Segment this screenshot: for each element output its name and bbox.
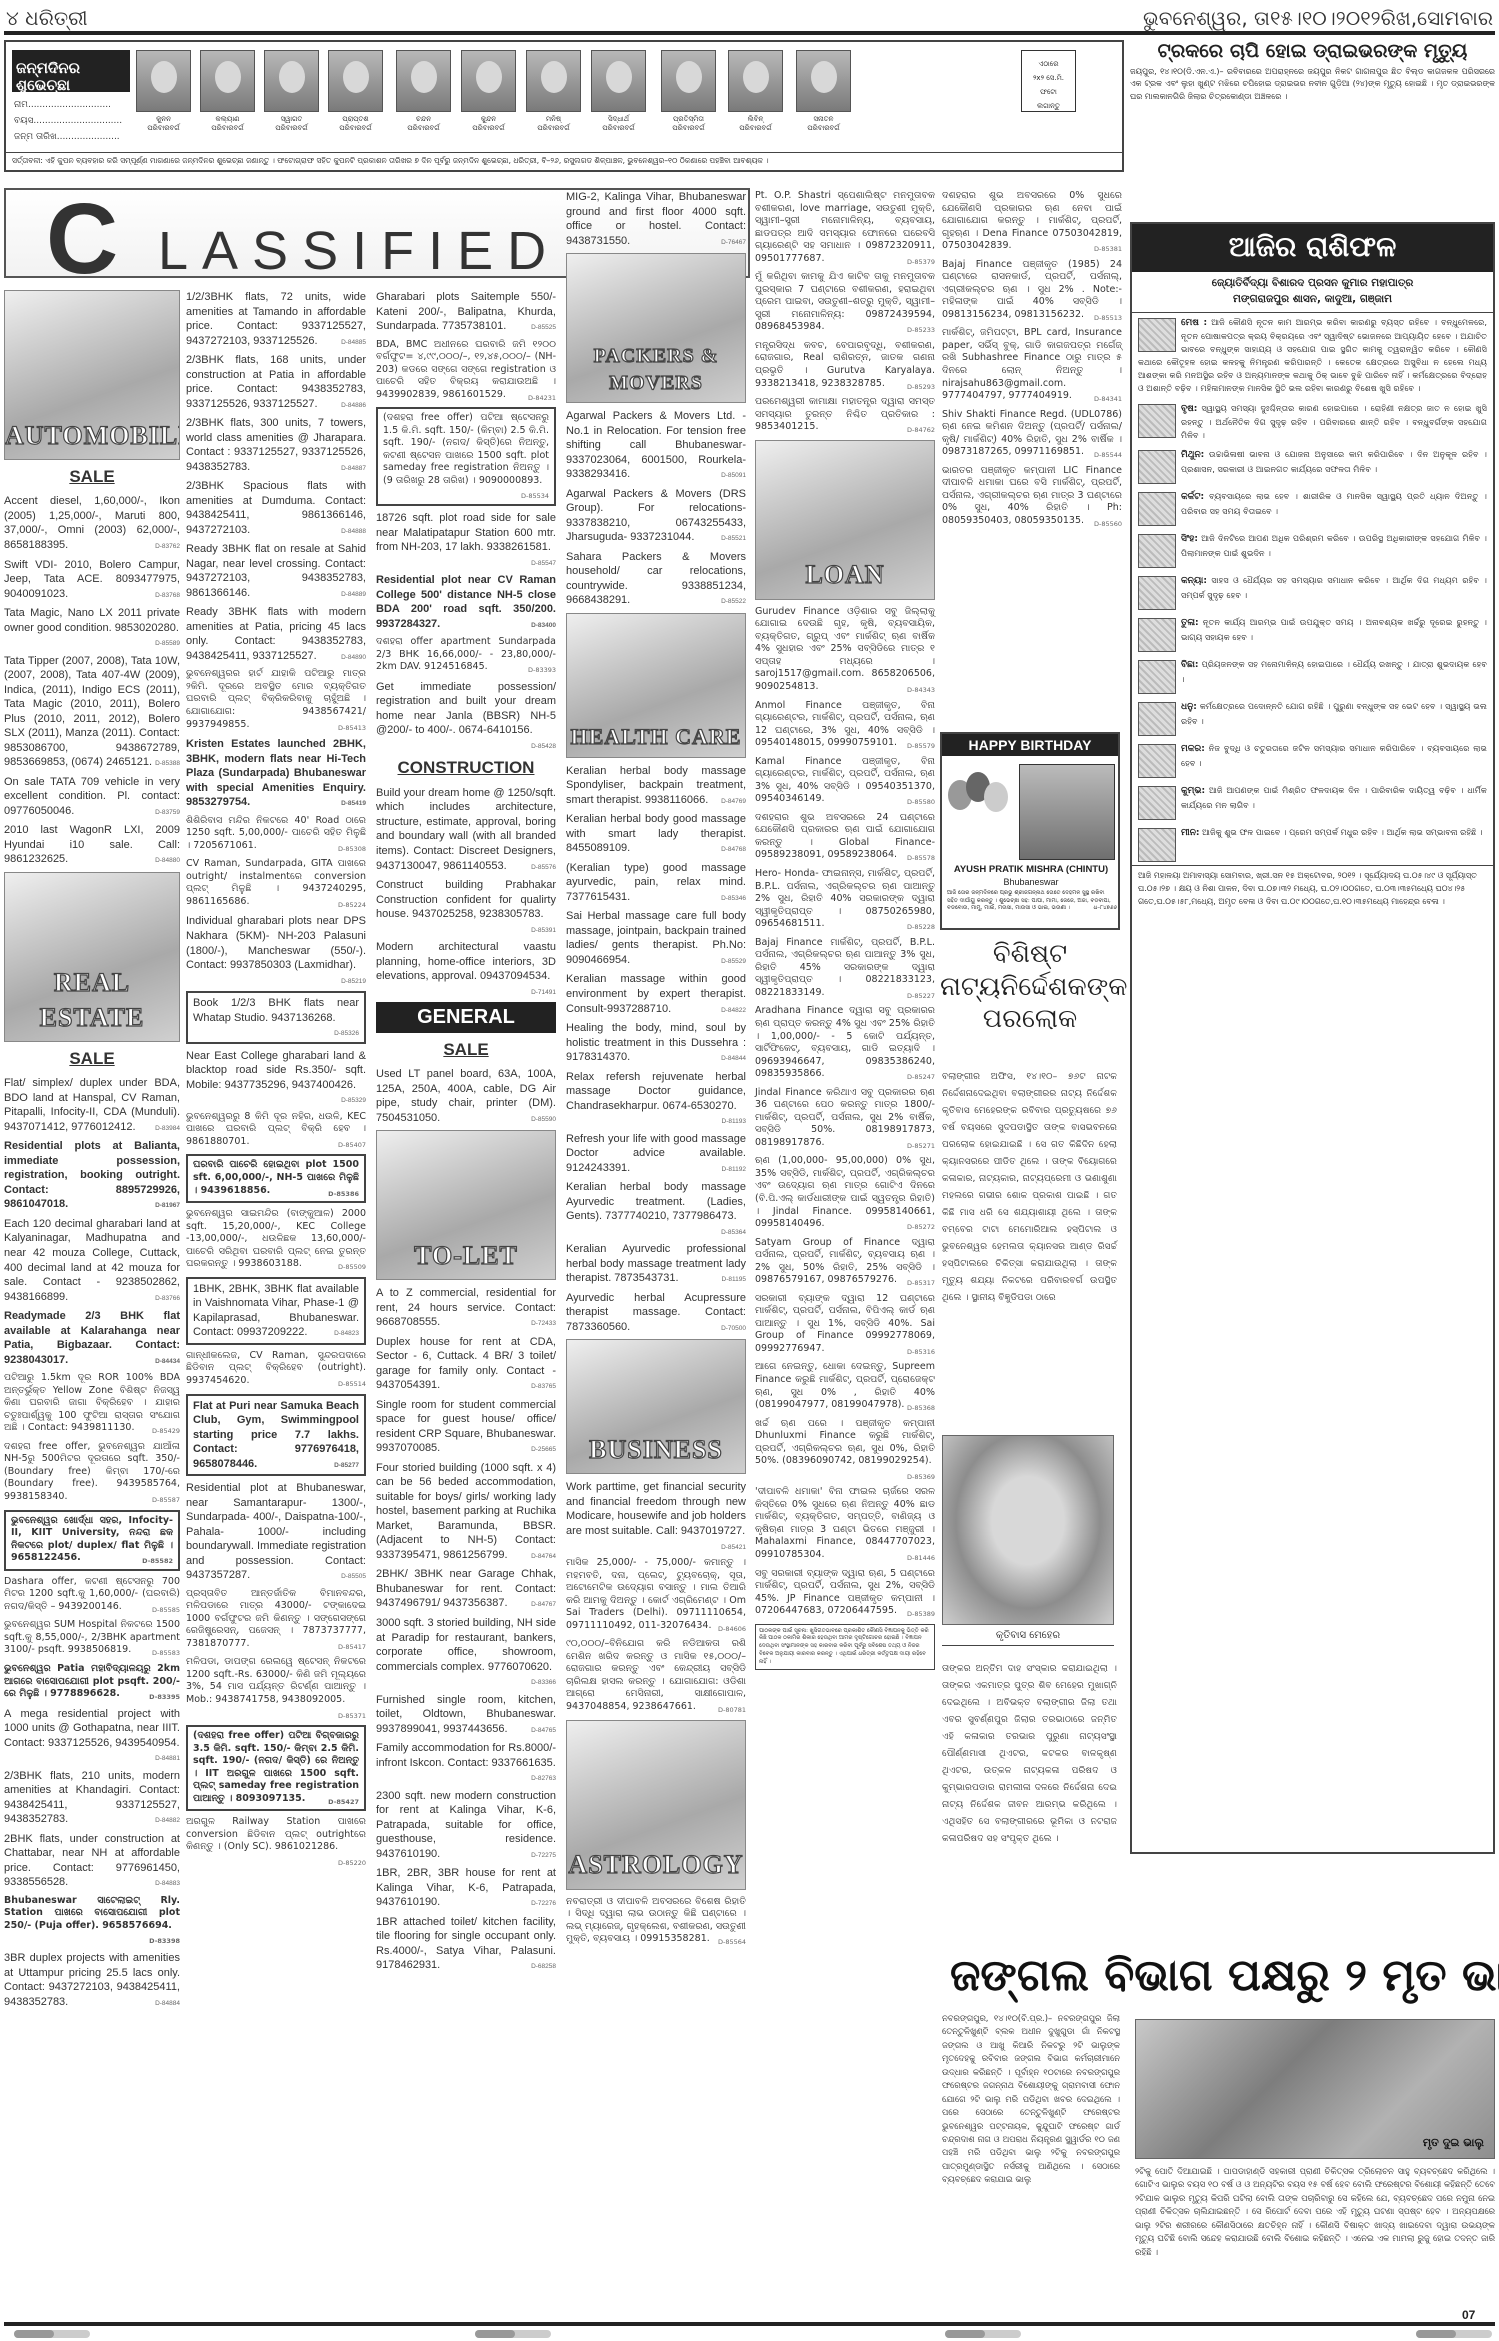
classified-ad: Accent diesel, 1,60,000/-, Ikon (2005) 1… bbox=[4, 494, 180, 552]
ad-code: D-85587 bbox=[152, 1496, 180, 1505]
classified-ad: Work parttime, get financial security an… bbox=[566, 1480, 746, 1552]
classified-ad: ପ୍ରସ୍ତାବିତ ଆନ୍ତର୍ଜାତିକ ବିମାନବନ୍ଦର, ମଳିପଡ… bbox=[186, 1588, 366, 1652]
ad-text: Near East College gharabari land & black… bbox=[186, 1050, 366, 1091]
ad-text: (ଦଶହରା free offer) ପଟିଆ ଷ୍ଟେସନରୁ 1.5 କି.… bbox=[383, 412, 549, 486]
classified-ad: ଭୁବନେଶ୍ୱର Patia ମହାବିଦ୍ୟାଳୟରୁ 2km ଆଗରେ ବ… bbox=[4, 1663, 180, 1702]
ad-code: D-85576 bbox=[531, 864, 556, 873]
ad-text: Anmol Finance ପଞ୍ଜୀକୃତ, ବିନା ଗ୍ୟାରେଣ୍ଟର,… bbox=[755, 700, 935, 749]
ad-code: D-85389 bbox=[907, 1610, 935, 1619]
ad-code: D-85579 bbox=[907, 742, 935, 751]
ad-text: 1BR attached toilet/ kitchen facility, t… bbox=[376, 1916, 556, 1972]
obituary-body-1: ବଲାଙ୍ଗୀର ଅଫିସ, ୧୪।୧୦– ୭୬ଟ ନାଟକ ନିର୍ଦ୍ଦେଶ… bbox=[942, 1068, 1117, 1306]
classified-ad: Flat at Puri near Samuka Beach Club, Gym… bbox=[186, 1394, 366, 1477]
ad-text: A mega residential project with 1000 uni… bbox=[4, 1708, 180, 1749]
kid-name: କଲ୍ୟାଣପରିବାରବର୍ଗ bbox=[200, 115, 255, 133]
ad-text: 2/3BHK flats, 210 units, modern amenitie… bbox=[4, 1770, 180, 1826]
ad-code: D-84343 bbox=[907, 686, 935, 695]
astrology-label: ASTROLOGY bbox=[567, 1848, 745, 1882]
ad-code: D-85578 bbox=[907, 854, 935, 863]
classified-ad: (ଦଶହରା free offer) ପଟିଆ ଷ୍ଟେସନରୁ 1.5 କି.… bbox=[376, 407, 556, 506]
ad-code: D-81446 bbox=[907, 1554, 935, 1563]
classified-ad: Swift VDI- 2010, Bolero Campur, Jeep, Ta… bbox=[4, 558, 180, 602]
kid-photo bbox=[526, 50, 581, 112]
classified-ad: Build your dream home @ 1250/sqft. which… bbox=[376, 786, 556, 873]
ad-code: D-84434 bbox=[155, 1358, 180, 1367]
classified-ad: 2BHK/ 3BHK near Garage Chhak, Bhubaneswa… bbox=[376, 1567, 556, 1611]
ad-code: D-85228 bbox=[907, 923, 935, 932]
ad-text: ଅରଗୁଳ Railway Station ପାଖରେ conversion ଛ… bbox=[186, 1816, 366, 1852]
ad-code: D-85428 bbox=[531, 743, 556, 752]
obituary-photo bbox=[942, 1435, 1114, 1625]
sale-heading-2: SALE bbox=[4, 1048, 180, 1070]
scroll-indicator-4[interactable] bbox=[1416, 2330, 1492, 2338]
ad-text: Ayurvedic herbal Acupressure therapist m… bbox=[566, 1292, 746, 1333]
ad-code: D-85233 bbox=[907, 326, 935, 335]
classified-ad: Flat/ simplex/ duplex under BDA, BDO lan… bbox=[4, 1076, 180, 1134]
ad-code: D-84881 bbox=[155, 1755, 180, 1764]
classified-ad: ମାସିକ 25,000/- - 75,000/- କମାନ୍ତୁ । ମହମବ… bbox=[566, 1557, 746, 1633]
ad-code: D-84884 bbox=[155, 2000, 180, 2009]
ad-text: Residential plot near CV Raman College 5… bbox=[376, 574, 556, 630]
ad-text: Build your dream home @ 1250/sqft. which… bbox=[376, 787, 556, 872]
ad-text: Tata Magic, Nano LX 2011 private owner g… bbox=[4, 607, 180, 634]
ad-text: Agarwal Packers & Movers Ltd. - No.1 in … bbox=[566, 410, 746, 480]
bear-news-body-1: ନବରଙ୍ଗପୁର, ୧୪।୧୦(ବି.ପ୍ର.)– ନବରଙ୍ଗପୁର ଜିଲ… bbox=[942, 2012, 1120, 2187]
ad-code: D-83759 bbox=[155, 809, 180, 818]
birthday-kid: କଲ୍ୟାଣପରିବାରବର୍ଗ bbox=[200, 50, 255, 133]
classified-ad: 3BR duplex projects with amenities at Ut… bbox=[4, 1951, 180, 2009]
ad-text: Single room for student commercial space… bbox=[376, 1399, 556, 1455]
sign-name: ମେଷ : bbox=[1181, 318, 1207, 328]
ad-text: ସବୁ ସରକାରୀ ବ୍ୟାଙ୍କ ଦ୍ୱାରା ଋଣ, 5 ଘଣ୍ଟାରେ … bbox=[755, 1568, 935, 1617]
ad-code: D-84341 bbox=[1094, 395, 1122, 404]
ad-code: D-85544 bbox=[1094, 451, 1122, 460]
ad-text: Flat at Puri near Samuka Beach Club, Gym… bbox=[193, 1400, 359, 1470]
ad-text: ମାସିକ 25,000/- - 75,000/- କମାନ୍ତୁ । ମହମବ… bbox=[566, 1557, 746, 1631]
sign-text: କର୍ମକ୍ଷେତ୍ରରେ ପଦୋନ୍ନତି ଯୋଗ ରହିଛି । ପୁରୁଣ… bbox=[1181, 701, 1487, 725]
ad-text: Agarwal Packers & Movers (DRS Group). Fo… bbox=[566, 488, 746, 544]
ad-code: D-84889 bbox=[341, 591, 366, 600]
classified-ad: Anmol Finance ପଞ୍ଜୀକୃତ, ବିନା ଗ୍ୟାରେଣ୍ଟର,… bbox=[755, 700, 935, 751]
ad-code: D-84886 bbox=[341, 402, 366, 411]
classified-ad: Residential plot at Bhubaneswar, near Sa… bbox=[186, 1481, 366, 1583]
ad-text: ସରକାରୀ ବ୍ୟାଙ୍କ ଦ୍ୱାରା 12 ଘଣ୍ଟାରେ ମାର୍କଶି… bbox=[755, 1293, 935, 1354]
classified-ad: Kristen Estates launched 2BHK, 3BHK, mod… bbox=[186, 737, 366, 810]
ad-text: 2010 last WagonR LXI, 2009 Hyundai i10 s… bbox=[4, 824, 180, 865]
birthday-message: ଆଜି ତୋର ଜନ୍ମଦିନରେ ପ୍ରଭୁ ଶ୍ରୀଜଗନ୍ନାଥ ତୋତେ… bbox=[947, 890, 1117, 913]
ad-text: (Keralian type) good massage ayurvedic, … bbox=[566, 862, 746, 903]
zodiac-icon bbox=[1138, 744, 1176, 778]
column-2: 1/2/3BHK flats, 72 units, wide amenities… bbox=[186, 290, 366, 1873]
classified-ad: Readymade 2/3 BHK flat available at Kala… bbox=[4, 1309, 180, 1367]
classified-ad: ଦଶହରା free offer, ଭୁବନେଶ୍ୱର ଯାଆଁଳା NH-5ର… bbox=[4, 1441, 180, 1505]
kid-name: ସନାତନପରିବାରବର୍ଗ bbox=[796, 115, 851, 133]
horoscope-sign: ସିଂହ: ଆଜି ଦିନଟିରେ ଆପଣ ଅଧିକ ପରିଶ୍ରମ କରିବେ… bbox=[1132, 529, 1493, 571]
sale-heading-3: SALE bbox=[376, 1039, 556, 1061]
ad-text: Individual gharabari plots near DPS Nakh… bbox=[186, 915, 366, 971]
ad-text: Sai Herbal massage care full body massag… bbox=[566, 910, 746, 966]
classified-ad: CV Raman, Sundarpada, GITA ପାଖରେ outrigh… bbox=[186, 858, 366, 909]
sign-name: କନ୍ୟା: bbox=[1181, 576, 1207, 586]
obituary-body-2: ତାଙ୍କର ଅନ୍ତିମ ଦାହ ସଂସ୍କାର କରାଯାଇଥିଲା । ତ… bbox=[942, 1660, 1117, 1847]
to-let-label: TO-LET bbox=[377, 1239, 555, 1273]
ad-code: D-83984 bbox=[155, 1125, 180, 1134]
ad-code: D-83393 bbox=[528, 666, 556, 675]
kid-name: ଚନ୍ଦନପରିବାରବର୍ଗ bbox=[396, 115, 451, 133]
classified-ad: ଭୁବନେଶ୍ୱରରୁ 8 କିମି ଦୂର ନହିର, ଧଉଳି, KEC ପ… bbox=[186, 1111, 366, 1150]
classified-ad: Sahara Packers & Movers household/ car r… bbox=[566, 550, 746, 608]
sign-text: ଆଜିକୁ ଶୁଭ ଫଳ ପାଇବେ । ପ୍ରେମ ସମ୍ପର୍କ ମଧୁର … bbox=[1202, 827, 1482, 837]
birthday-kid: ସ୍ୱାଗତପରିବାରବର୍ଗ bbox=[264, 50, 319, 133]
classified-ad: 2/3BHK flats, 210 units, modern amenitie… bbox=[4, 1769, 180, 1827]
ad-text: Jindal Finance କରିଥାଏ ସବୁ ପ୍ରକାରର ଋଣ 36 … bbox=[755, 1087, 935, 1148]
ad-text: ମନ୍ତ୍ରସିଦ୍ଧ କବଚ, ବେପାରବୃଦ୍ଧି, ବଶୀକରଣ, ରୋ… bbox=[755, 340, 935, 389]
zodiac-icon bbox=[1138, 318, 1176, 352]
ad-text: Duplex house for rent at CDA, Sector - 6… bbox=[376, 1336, 556, 1392]
ad-code: D-83762 bbox=[155, 543, 180, 552]
construction-heading: CONSTRUCTION bbox=[376, 757, 556, 779]
column-4: MIG-2, Kalinga Vihar, Bhubaneswar ground… bbox=[566, 190, 746, 1952]
business-image: BUSINESS bbox=[566, 1339, 746, 1474]
classified-ad: Aradhana Finance ଦ୍ୱାରା ସବୁ ପ୍ରକାରର ଋଣ ପ… bbox=[755, 1005, 935, 1081]
classified-ad: 18726 sqft. plot road side for sale near… bbox=[376, 511, 556, 568]
ad-code: D-76467 bbox=[721, 239, 746, 248]
ad-text: Furnished single room, kitchen, toilet, … bbox=[376, 1694, 556, 1735]
ad-code: D-85371 bbox=[338, 1712, 366, 1721]
ad-text: Book 1/2/3 BHK flats near Whatap Studio.… bbox=[193, 997, 359, 1024]
horoscope-sign: ମେଷ : ଆଜି କୌଣସି ନୂତନ କାମ ଆରମ୍ଭ କରିବା କାର… bbox=[1132, 313, 1493, 399]
ad-text: Ready 3BHK flats with modern amenities a… bbox=[186, 606, 366, 662]
classified-ad: On sale TATA 709 vehicle in very excelle… bbox=[4, 775, 180, 819]
birthday-terms: ସର୍ତ୍ତାବଳୀ: ଏହି କୁପନ ବ୍ୟବହାର କରି ସମ୍ପୂର୍… bbox=[6, 152, 1122, 170]
obituary-headline: ବିଶିଷ୍ଟ ନାଟ୍ୟନିର୍ଦ୍ଦେଶକଙ୍କ ପରଲୋକ bbox=[940, 938, 1120, 1036]
classified-ad: 2010 last WagonR LXI, 2009 Hyundai i10 s… bbox=[4, 823, 180, 867]
classified-ad: Ready 3BHK flats with modern amenities a… bbox=[186, 605, 366, 663]
ad-code: D-85547 bbox=[531, 560, 556, 569]
classified-ad: BDA, BMC ଅଧୀନରେ ଘରବାରି ଜମି ୧୨୦୦ ବର୍ଗଫୁଟ=… bbox=[376, 339, 556, 403]
classified-ad: ଗାନ୍ଧୀକଲେଜ, CV Raman, ସୁନ୍ଦରପଦାରେ ଛିଡିବା… bbox=[186, 1350, 366, 1389]
ad-code: D-85580 bbox=[907, 798, 935, 807]
zodiac-icon bbox=[1138, 576, 1176, 610]
horoscope-sign: କୁମ୍ଭ: ଆଜି ଆପଣଙ୍କ ପାଇଁ ମିଶ୍ରିତ ଫଳଦାୟକ ଦି… bbox=[1132, 781, 1493, 823]
ad-code: D-72275 bbox=[531, 1852, 556, 1861]
scroll-indicator-2[interactable] bbox=[475, 2330, 551, 2338]
ad-code: D-72433 bbox=[531, 1320, 556, 1329]
ad-text: 'ଦୀପାବଳି ଧମାକା' ବିନା ଫାଇଲ ଚାର୍ଜରେ ସରଳ କି… bbox=[755, 1486, 935, 1560]
column-6: ଦଶହରାର ଶୁଭ ଅବସରରେ 0% ସୁଧରେ ଯେକୌଣସି ପ୍ରକା… bbox=[942, 190, 1122, 534]
classified-ad: ଭୁବନେଶ୍ୱରର ହାର୍ଟ ଯାହାକି ପଟିଆରୁ ମାତ୍ର ୨କି… bbox=[186, 668, 366, 732]
kid-photo bbox=[728, 50, 783, 112]
ad-code: D-82763 bbox=[531, 1775, 556, 1784]
ad-code: D-85364 bbox=[721, 1229, 746, 1238]
ad-text: 2300 sqft. new modern construction for r… bbox=[376, 1790, 556, 1860]
scroll-indicator-1[interactable] bbox=[14, 2330, 90, 2338]
classified-ad: 2/3BHK Spacious flats with amenities at … bbox=[186, 479, 366, 537]
health-care-image: HEALTH CARE bbox=[566, 613, 746, 758]
classified-ad: 1BHK, 2BHK, 3BHK flat available in Vaish… bbox=[186, 1277, 366, 1345]
classified-ad: Keralian herbal body massage Spondyliser… bbox=[566, 764, 746, 808]
classified-ad: 2/3BHK flats, 300 units, 7 towers, world… bbox=[186, 416, 366, 474]
classified-ad: Gharabari plots Saitemple 550/- Kateni 2… bbox=[376, 290, 556, 334]
masthead: ୪ ଧରିତ୍ରୀ ଭୁବନେଶ୍ୱର, ତା୧୫।୧୦।୨୦୧୨ରିଖ,ସୋମ… bbox=[6, 4, 1493, 30]
bear-photo-caption: ମୃତ ଦୁଇ ଭାଲୁ bbox=[1423, 2136, 1484, 2150]
ad-text: CV Raman, Sundarpada, GITA ପାଖରେ outrigh… bbox=[186, 858, 366, 907]
sign-name: ବିଛା: bbox=[1181, 660, 1199, 670]
ad-code: D-84769 bbox=[721, 798, 746, 807]
ad-code: D-84822 bbox=[721, 1007, 746, 1016]
column-5: Pt. O.P. Shastri ସ୍ପେଶାଲିଷ୍ଟ ମନମୁତାବକ ବଶ… bbox=[755, 190, 935, 1670]
ad-text: Keralian Ayurvedic professional herbal b… bbox=[566, 1243, 746, 1284]
ad-code: D-85220 bbox=[338, 1859, 366, 1868]
ad-code: D-85091 bbox=[721, 472, 746, 481]
ad-text: ଦଶହରା free offer, ଭୁବନେଶ୍ୱର ଯାଆଁଳା NH-5ର… bbox=[4, 1441, 180, 1502]
classified-ad: Pt. O.P. Shastri ସ୍ପେଶାଲିଷ୍ଟ ମନମୁତାବକ ବଶ… bbox=[755, 190, 935, 266]
ad-text: Readymade 2/3 BHK flat available at Kala… bbox=[4, 1310, 180, 1366]
ad-code: D-85505 bbox=[341, 1573, 366, 1582]
health-care-label: HEALTH CARE bbox=[567, 722, 745, 751]
ad-code: D-84883 bbox=[155, 1880, 180, 1889]
ad-code: D-85247 bbox=[907, 1073, 935, 1082]
ad-code: D-85413 bbox=[338, 724, 366, 733]
ad-code: D-84844 bbox=[721, 1055, 746, 1064]
loan-label: LOAN bbox=[756, 558, 934, 592]
sign-name: ମୀନ: bbox=[1181, 828, 1200, 838]
page-label: ୪ ଧରିତ୍ରୀ bbox=[6, 6, 88, 30]
classified-banner-initial: C bbox=[46, 188, 118, 278]
ad-code: D-85308 bbox=[338, 845, 366, 854]
ad-text: ମଳିପଡା, ଡାପଙ୍ଗ ରେଲୱେ ଷ୍ଟେସନ୍ ନିକଟରେ 1200… bbox=[186, 1656, 366, 1705]
classified-ad: ଭୁବନେଶ୍ୱର SUM Hospital ନିକଟରେ 1500 sqft.… bbox=[4, 1619, 180, 1658]
loan-image: LOAN bbox=[755, 440, 935, 600]
classified-ad: Four storied building (1000 sqft. x 4) c… bbox=[376, 1461, 556, 1563]
ad-code: D-85521 bbox=[721, 535, 746, 544]
classified-ad: 2/3BHK flats, 168 units, under construct… bbox=[186, 353, 366, 411]
classified-ad: Near East College gharabari land & black… bbox=[186, 1049, 366, 1106]
ad-code: D-85417 bbox=[338, 1643, 366, 1652]
classified-ad: (Keralian type) good massage ayurvedic, … bbox=[566, 861, 746, 905]
ad-text: Refresh your life with good massage Doct… bbox=[566, 1133, 746, 1174]
ad-code: D-85381 bbox=[1094, 245, 1122, 254]
classified-ad: Single room for student commercial space… bbox=[376, 1398, 556, 1456]
classified-ad: Individual gharabari plots near DPS Nakh… bbox=[186, 914, 366, 986]
classified-ad: Keralian Ayurvedic professional herbal b… bbox=[566, 1242, 746, 1286]
classified-ad: ଆଗେ ନେଇନ୍ତୁ, ଧୋକା ଦେଇନ୍ତୁ, Supreem Finan… bbox=[755, 1361, 935, 1412]
ad-text: ଖର୍ଚ୍ଚ ଋଣ ପରେ । ପଞ୍ଜୀକୃତ କମ୍ପାନୀ Dhunlux… bbox=[755, 1418, 935, 1467]
classified-ad: 1/2/3BHK flats, 72 units, wide amenities… bbox=[186, 290, 366, 348]
classified-ad: ଭୁବନେଶ୍ୱର ଖୋର୍ଦ୍ଧା ସହର, Infocity-II, KII… bbox=[4, 1510, 180, 1571]
horoscope-sign: ଧନୁ: କର୍ମକ୍ଷେତ୍ରରେ ପଦୋନ୍ନତି ଯୋଗ ରହିଛି । … bbox=[1132, 697, 1493, 739]
ad-text: 1BR, 2BR, 3BR house for rent at Kalinga … bbox=[376, 1867, 556, 1908]
balloons-icon bbox=[948, 772, 1013, 862]
ad-code: D-83400 bbox=[531, 622, 556, 631]
sign-name: କୁମ୍ଭ: bbox=[1181, 786, 1205, 796]
ad-text: Accent diesel, 1,60,000/-, Ikon (2005) 1… bbox=[4, 495, 180, 551]
horoscope-sign: ବିଛା: ପ୍ରିୟଜନଙ୍କ ସହ ମନୋମାଳିନ୍ୟ ହୋଇପାରେ ।… bbox=[1132, 655, 1493, 697]
classified-ad: ମନ୍ତ୍ରସିଦ୍ଧ କବଚ, ବେପାରବୃଦ୍ଧି, ବଶୀକରଣ, ରୋ… bbox=[755, 340, 935, 391]
sign-text: ପ୍ରିୟଜନଙ୍କ ସହ ମନୋମାଳିନ୍ୟ ହୋଇପାରେ । ଧୈର୍ଯ… bbox=[1181, 659, 1487, 683]
bottom-rule bbox=[4, 2322, 1495, 2326]
birthday-kid: ଚନ୍ଦନପରିବାରବର୍ଗ bbox=[396, 50, 451, 133]
ad-text: ଋଣ (1,00,000- 95,00,000) 0% ସୁଧ, 35% ସବ୍… bbox=[755, 1155, 935, 1229]
ad-text: ନବରାତ୍ରୀ ଓ ଦୀପାବଳି ଅବସରରେ ବିଶେଷ ରିହାତି ।… bbox=[566, 1896, 746, 1945]
ad-code: D-85407 bbox=[338, 1141, 366, 1150]
ad-text: Bajaj Finance ମାର୍କଶିଟ୍, ପ୍ରପର୍ଟି, B.P.L… bbox=[755, 937, 935, 998]
ad-code: D-83765 bbox=[531, 1383, 556, 1392]
ad-code: D-85317 bbox=[907, 1279, 935, 1288]
ad-code: D-84765 bbox=[531, 1727, 556, 1736]
ad-code: D-85219 bbox=[341, 978, 366, 987]
kid-name: ସିଦ୍ଧାର୍ଥପରିବାରବର୍ଗ bbox=[591, 115, 646, 133]
birthday-city: Bhubaneswar bbox=[944, 877, 1118, 887]
classified-ad: ଅରଗୁଳ Railway Station ପାଖରେ conversion ଛ… bbox=[186, 1816, 366, 1867]
ad-text: Flat/ simplex/ duplex under BDA, BDO lan… bbox=[4, 1077, 180, 1133]
sign-text: ଉଚ୍ଚାଭିଳାଷୀ ଭାବନା ଓ ଯୋଜନା ଅନୁସାରେ କାମ କର… bbox=[1181, 449, 1487, 473]
kid-photo bbox=[328, 50, 383, 112]
ad-code: D-84890 bbox=[341, 654, 366, 663]
sign-name: ସିଂହ: bbox=[1181, 534, 1198, 544]
ad-code: D-84823 bbox=[334, 1330, 359, 1339]
classified-ad: ଭୁବନେଶ୍ୱର ସାଇମନ୍ଦିର (ବାଙ୍କୁଆଳ) 2000 sqft… bbox=[186, 1208, 366, 1272]
ad-code: D-70500 bbox=[721, 1325, 746, 1334]
ad-code: D-85529 bbox=[721, 958, 746, 967]
sign-text: ସାହସ ଓ ଧୈର୍ଯ୍ୟର ସହ ସମସ୍ୟାର ସମାଧାନ କରିବେ … bbox=[1181, 575, 1487, 599]
truck-news-headline: ଟ୍ରକରେ ଚାପି ହୋଇ ଡ୍ରାଇଭରଙ୍କ ମୃତ୍ୟୁ bbox=[1130, 40, 1495, 63]
ad-code: D-81967 bbox=[155, 1202, 180, 1211]
astrology-image: ASTROLOGY bbox=[566, 1720, 746, 1890]
horoscope-author: ଜ୍ୟୋତିର୍ବିଦ୍ୟା ବିଶାରଦ ପ୍ରସନ କୁମାର ମହାପାତ… bbox=[1132, 272, 1493, 313]
ad-text: ପ୍ରସ୍ତାବିତ ଆନ୍ତର୍ଜାତିକ ବିମାନବନ୍ଦର, ମଳିପଡ… bbox=[186, 1588, 366, 1649]
dateline: ଭୁବନେଶ୍ୱର, ତା୧୫।୧୦।୨୦୧୨ରିଖ,ସୋମବାର bbox=[1143, 6, 1493, 30]
ad-text: ଦଶହରାର ଶୁଭ ଅବସରରେ 0% ସୁଧରେ ଯେକୌଣସି ପ୍ରକା… bbox=[942, 190, 1122, 251]
horoscope-title: ଆଜିର ରାଶିଫଳ bbox=[1132, 224, 1493, 272]
birthday-kid: କୁନନପରିବାରବର୍ଗ bbox=[136, 50, 191, 133]
ad-code: D-81195 bbox=[722, 1276, 746, 1285]
happy-birthday-title: HAPPY BIRTHDAY bbox=[942, 734, 1118, 756]
ad-code: D-83395 bbox=[149, 1693, 180, 1702]
classified-ad: Modern architectural vaastu planning, ho… bbox=[376, 940, 556, 997]
ad-text: Modern architectural vaastu planning, ho… bbox=[376, 941, 556, 982]
horoscope-sign: ତୁଳା: ନୂତନ କାର୍ଯ୍ୟ ଆରମ୍ଭ ପାଇଁ ଉପଯୁକ୍ତ ସମ… bbox=[1132, 613, 1493, 655]
name-field: ନାମ............................. bbox=[14, 100, 111, 110]
classified-ad: Sai Herbal massage care full body massag… bbox=[566, 909, 746, 967]
zodiac-icon bbox=[1138, 660, 1176, 694]
ad-code: D-85293 bbox=[907, 383, 935, 392]
ad-text: ଭୁବନେଶ୍ୱର ସାଇମନ୍ଦିର (ବାଙ୍କୁଆଳ) 2000 sqft… bbox=[186, 1208, 366, 1269]
ad-code: D-84768 bbox=[721, 846, 746, 855]
kid-photo bbox=[591, 50, 646, 112]
kid-name: ମନିଷ୍ପରିବାରବର୍ଗ bbox=[526, 115, 581, 133]
dob-field: ଜନ୍ମ ତାରିଖ...................... bbox=[14, 132, 120, 142]
ad-text: (ଦଶହରା free offer) ପଟିଆ ବିଗ୍‌ବଜାରରୁ 3.5 … bbox=[193, 1730, 359, 1804]
ad-code: D-83366 bbox=[531, 1679, 556, 1688]
ad-text: ଭୁବନେଶ୍ୱରର ହାର୍ଟ ଯାହାକି ପଟିଆରୁ ମାତ୍ର ୨କି… bbox=[186, 668, 366, 729]
birthday-name: AYUSH PRATIK MISHRA (CHINTU) bbox=[944, 864, 1118, 875]
ad-code: D-85419 bbox=[341, 800, 366, 809]
ad-code: D-85522 bbox=[721, 598, 746, 607]
classified-ad: Furnished single room, kitchen, toilet, … bbox=[376, 1693, 556, 1737]
classified-ad: Book 1/2/3 BHK flats near Whatap Studio.… bbox=[186, 991, 366, 1044]
ad-text: Each 120 decimal gharabari land at Kalya… bbox=[4, 1218, 180, 1303]
ad-text: Pt. O.P. Shastri ସ୍ପେଶାଲିଷ୍ଟ ମନମୁତାବକ ବଶ… bbox=[755, 190, 935, 264]
classified-banner-text: LASSIFIED bbox=[158, 220, 380, 278]
ad-code: D-85525 bbox=[531, 324, 556, 333]
ad-text: ଭୁବନେଶ୍ୱର ଖୋର୍ଦ୍ଧା ସହର, Infocity-II, KII… bbox=[11, 1515, 173, 1564]
ad-text: 3000 sqft. 3 storied building, NH side a… bbox=[376, 1617, 556, 1673]
ad-code: D-85564 bbox=[718, 1938, 746, 1947]
ad-code: D-85388 bbox=[155, 760, 180, 769]
classified-ad: ସବୁ ସରକାରୀ ବ୍ୟାଙ୍କ ଦ୍ୱାରା ଋଣ, 5 ଘଣ୍ଟାରେ … bbox=[755, 1568, 935, 1619]
sale-heading: SALE bbox=[4, 466, 180, 488]
classified-ad: Ready 3BHK flat on resale at Sahid Nagar… bbox=[186, 542, 366, 600]
real-estate-image: REAL ESTATE bbox=[4, 872, 180, 1042]
classified-ad: Duplex house for rent at CDA, Sector - 6… bbox=[376, 1335, 556, 1393]
sign-name: ବୃଷ: bbox=[1181, 404, 1197, 414]
classified-ad: Residential plots at Balianta, immediate… bbox=[4, 1139, 180, 1212]
kid-name: ସ୍ୱାଗତପରିବାରବର୍ଗ bbox=[264, 115, 319, 133]
classified-ad: Family accommodation for Rs.8000/- infro… bbox=[376, 1741, 556, 1784]
classified-ad: Bhubaneswar ସାଟେଲାଇଟ୍ Rly. Station ପାଖରେ… bbox=[4, 1895, 180, 1946]
zodiac-icon bbox=[1138, 828, 1176, 862]
sign-text: ବ୍ୟବସାୟରେ ଲାଭ ହେବ । ଶାରୀରିକ ଓ ମାନସିକ ସ୍ୱ… bbox=[1181, 491, 1487, 515]
ad-text: 2BHK/ 3BHK near Garage Chhak, Bhubaneswa… bbox=[376, 1568, 556, 1609]
ad-text: Keralian herbal body massage Ayurvedic t… bbox=[566, 1181, 746, 1222]
kid-photo bbox=[136, 50, 191, 112]
scroll-indicator-3[interactable] bbox=[945, 2330, 1021, 2338]
classified-ad: ଦଶହରାର ଶୁଭ ଅବସରରେ 0% ସୁଧରେ ଯେକୌଣସି ପ୍ରକା… bbox=[942, 190, 1122, 254]
classified-ad: Keralian massage within good environment… bbox=[566, 972, 746, 1016]
horoscope-sign: କନ୍ୟା: ସାହସ ଓ ଧୈର୍ଯ୍ୟର ସହ ସମସ୍ୟାର ସମାଧାନ… bbox=[1132, 571, 1493, 613]
classified-ad: Residential plot near CV Raman College 5… bbox=[376, 573, 556, 631]
ad-code: D-85534 bbox=[521, 492, 549, 501]
ad-text: ପଟିଆରୁ 1.5km ଦୂର ROR 100% BDA ଅନ୍ତର୍ଭୁକ୍… bbox=[4, 1372, 180, 1433]
ad-code: D-85589 bbox=[155, 640, 180, 649]
ad-code: D-84887 bbox=[341, 465, 366, 474]
sign-text: ନୂତନ କାର୍ଯ୍ୟ ଆରମ୍ଭ ପାଇଁ ଉପଯୁକ୍ତ ସମୟ । ଅନ… bbox=[1181, 617, 1487, 641]
ad-code: D-83398 bbox=[149, 1937, 180, 1946]
ad-code: D-85590 bbox=[531, 1116, 556, 1125]
ad-text: Shiv Shakti Finance Regd. (UDL0786) ଋଣ ନ… bbox=[942, 409, 1122, 458]
kid-photo bbox=[396, 50, 451, 112]
ad-text: 1/2/3BHK flats, 72 units, wide amenities… bbox=[186, 291, 366, 347]
kid-name: କୁନ୍ଦନପରିବାରବର୍ଗ bbox=[461, 115, 516, 133]
ad-text: Tata Tipper (2007, 2008), Tata 10W, (200… bbox=[4, 655, 180, 769]
classified-ad: (ଦଶହରା free offer) ପଟିଆ ବିଗ୍‌ବଜାରରୁ 3.5 … bbox=[186, 1725, 366, 1811]
ad-code: D-85421 bbox=[721, 1544, 746, 1553]
business-label: BUSINESS bbox=[567, 1433, 745, 1467]
classified-ad: ଭାରତର ପଞ୍ଜୀକୃତ କମ୍ପାନୀ LIC Finance ଦୀପାବ… bbox=[942, 465, 1122, 529]
ad-code: D-72276 bbox=[531, 1900, 556, 1909]
ad-text: Family accommodation for Rs.8000/- infro… bbox=[376, 1742, 556, 1769]
classified-ad: Bajaj Finance ପଞ୍ଜୀକୃତ (1985) 24 ଘଣ୍ଟାରେ… bbox=[942, 259, 1122, 323]
sign-name: ମକର: bbox=[1181, 744, 1205, 754]
ad-text: Four storied building (1000 sqft. x 4) c… bbox=[376, 1462, 556, 1561]
classified-ad: Healing the body, mind, soul by holistic… bbox=[566, 1021, 746, 1065]
horoscope-sign: ମୀନ: ଆଜିକୁ ଶୁଭ ଫଳ ପାଇବେ । ପ୍ରେମ ସମ୍ପର୍କ … bbox=[1132, 823, 1493, 865]
ad-text: Kristen Estates launched 2BHK, 3BHK, mod… bbox=[186, 738, 366, 808]
classified-ad: Satyam Group of Finance ଦ୍ୱାରା ପର୍ସନାଲ, … bbox=[755, 1237, 935, 1288]
ad-text: ଭାରତର ପଞ୍ଜୀକୃତ କମ୍ପାନୀ LIC Finance ଦୀପାବ… bbox=[942, 465, 1122, 526]
classified-ad: Tata Tipper (2007, 2008), Tata 10W, (200… bbox=[4, 654, 180, 770]
horoscope-panel: ଆଜିର ରାଶିଫଳ ଜ୍ୟୋତିର୍ବିଦ୍ୟା ବିଶାରଦ ପ୍ରସନ … bbox=[1130, 222, 1495, 1854]
classified-ad: 1BR, 2BR, 3BR house for rent at Kalinga … bbox=[376, 1866, 556, 1910]
ad-code: D-83768 bbox=[155, 592, 180, 601]
classified-ad: 2BHK flats, under construction at Chatta… bbox=[4, 1832, 180, 1890]
birthday-kid: କୁନ୍ଦନପରିବାରବର୍ଗ bbox=[461, 50, 516, 133]
birthday-kid: ମନିଷ୍ପରିବାରବର୍ଗ bbox=[526, 50, 581, 133]
masthead-rule bbox=[4, 31, 1495, 35]
ad-code: D-85583 bbox=[152, 1649, 180, 1658]
ad-code: D-85582 bbox=[142, 1557, 173, 1566]
